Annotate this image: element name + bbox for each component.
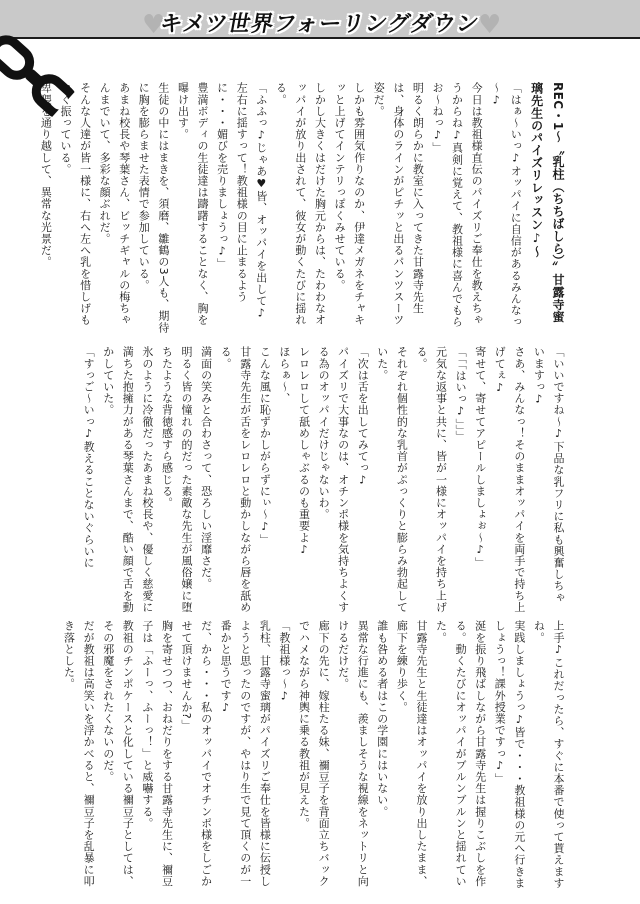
story-paragraph: 乳柱、甘露寺蜜璃がパイズリご奉仕を皆様に伝授しようと思ったのですが、やはり生で見…	[216, 620, 275, 892]
story-paragraph: さあ、みんなっ！そのままオッパイを両手で持ち上げてぇ♪	[490, 346, 529, 614]
story-paragraph: 上手♪これだったら、すぐに本番で使って貰えますね。	[529, 620, 568, 892]
story-paragraph: しかし大きくはだけた胸元からは、たわわなオッパイが放り出されて、彼女が動くたびに…	[271, 82, 330, 334]
story-band-3: 上手♪これだったら、すぐに本番で使って貰えますね。実践しましょうっ♪皆で・・・教…	[28, 620, 568, 892]
story-heading: REC・1～〝乳柱（ちちばしら）〟甘露寺蜜璃先生のパイズリレッスン♪～	[525, 82, 568, 334]
story-paragraph: だ、から・・・私のオッパイでオチンポ様をしごかせて頂けませんか?」	[176, 620, 215, 892]
story-paragraph: 教祖のチンポケースと化している禰豆子としては、その邪魔をされたくないのだ。	[98, 620, 137, 892]
story-paragraph: 明るく皆の憧れの的だった素敵な先生が風俗嬢に堕ちたような背徳感すら感じる。	[157, 346, 196, 614]
story-paragraph: しかも雰囲気作りなのか、伊達メガネをチャキッと上げてインテリっぽくみせている。	[330, 82, 369, 334]
story-paragraph: ほらぁ～、	[274, 346, 294, 614]
story-paragraph: 今日は教祖様直伝のパイズリご奉仕を教えちゃうからね♪真剣に覚えて、教祖様に喜んで…	[427, 82, 486, 334]
story-paragraph: レロレロして舐めしゃぶるのも重要よ♪	[294, 346, 314, 614]
story-paragraph: 豊満ボディの生徒達は躊躇することなく、胸を曝け出す。	[173, 82, 212, 334]
story-paragraph: 「次は舌を出してみてっ♪	[353, 346, 373, 614]
story-paragraph: 廊下の先に、嫁柱たる妹、禰豆子を背面立ちバックでハメながら神輿に乗る教祖が見えた…	[294, 620, 333, 892]
story-paragraph: 異常な行進にも、羨ましそうな視線をネットリと向けるだけだ。	[333, 620, 372, 892]
story-paragraph: 誰も咎める者はこの学園にはいない。	[372, 620, 392, 892]
story-paragraph: 氷のように冷徹だったあまね校長や、優しく慈愛に満ちた抱擁力がある琴葉さんまで、酷…	[98, 346, 157, 614]
story-paragraph: 元気な返事と共に、皆が一様にオッパイを持ち上げる。	[411, 346, 450, 614]
story-paragraph: 実践しましょうっ♪皆で・・・教祖様の元へ行きましょうっ！課外授業ですっ♪」	[490, 620, 529, 892]
page-title: キメツ世界フォーリングダウン	[158, 7, 482, 38]
story-paragraph: 左右に揺すって！教祖様の目に止まるように・・・媚びを売りましょうっ♪」	[212, 82, 251, 334]
story-paragraph: あまね校長や琴葉さん、ビッチギャルの梅ちゃんまでいて、多彩な顔ぶれだ。	[95, 82, 134, 334]
story-paragraph: パイズリで大事なのは、オチンポ様を気持ちよくする為のオッパイだけじゃないわ。	[313, 346, 352, 614]
story-paragraph: 「ふふっ♪じゃあ♥皆、オッパイを出して♪	[251, 82, 271, 334]
story-band-2: 「いいですね～♪下品な乳フリに私も興奮しちゃいますっ♪さあ、みんなっ！そのままオ…	[28, 346, 568, 614]
story-paragraph: それぞれ個性的な乳首がぷっくりと膨らみ勃起していた。	[372, 346, 411, 614]
story-paragraph: 寄せて、寄せてアピールしましょぉ～♪」	[470, 346, 490, 614]
story-paragraph: 明るく朗らかに教室に入ってきた甘露寺先生は、身体のラインがピチッと出るパンツスー…	[369, 82, 428, 334]
story-paragraph: 「すっご～いっ♪教えることないぐらいに	[79, 346, 99, 614]
story-paragraph: こんな風に恥ずかしがらずにぃ～♪」	[255, 346, 275, 614]
story-paragraph: 満面の笑みと合わさって、恐ろしい淫靡さだ。	[196, 346, 216, 614]
story-band-1: REC・1～〝乳柱（ちちばしら）〟甘露寺蜜璃先生のパイズリレッスン♪～ 「はぁ～…	[28, 82, 568, 334]
heart-icon: ♥	[478, 12, 501, 38]
page: ♥ ♥ キメツ世界フォーリングダウン REC・1～〝乳柱（ちちばしら）〟甘露寺蜜…	[0, 0, 640, 904]
story-paragraph: 甘露寺先生が舌をレロレロと動かしながら唇を舐める。	[216, 346, 255, 614]
story-paragraph: そんな人達が皆一様に、右へ左へ乳を惜しげもなく振っている。	[55, 82, 94, 334]
story-paragraph: 「教祖様っ～♪	[274, 620, 294, 892]
story-paragraph: 「はぁ～いっ♪オッパイに自信があるみんなっ～♪	[486, 82, 525, 334]
story-paragraph: だが教祖は高笑いを浮かべると、禰豆子を乱暴に叩き落とした。	[59, 620, 98, 892]
story-paragraph: 胸を寄せつつ、おねだりをする甘露寺先生に、禰豆子は「ふーっ、ふーっ！」と威嚇する…	[137, 620, 176, 892]
story-paragraph: 「いいですね～♪下品な乳フリに私も興奮しちゃいますっ♪	[529, 346, 568, 614]
story-paragraph: 「「「はいっ♪」」」	[451, 346, 471, 614]
story-paragraph: 甘露寺先生と生徒達はオッパイを放り出したまま、廊下を練り歩く。	[392, 620, 431, 892]
story-paragraph: 生徒の中にはまきを、須磨、雛鶴の3人も、期待に胸を膨らませた表情で参加している。	[134, 82, 173, 334]
story-paragraph: 涎を振り飛ばしながら甘露寺先生は握りこぶしを作る。動くたびにオッパイがブルンブル…	[431, 620, 490, 892]
